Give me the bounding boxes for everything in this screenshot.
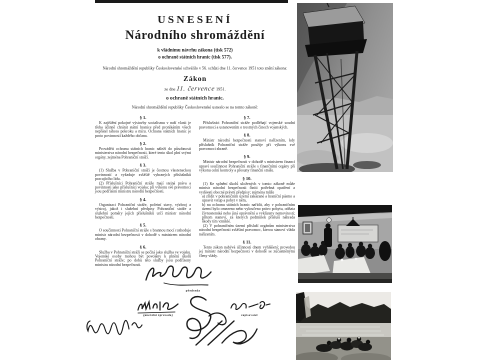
classroom-photo [298,205,392,283]
law-section-2: § 2. Prováděti ochranu státních hranic n… [95,141,191,160]
law-section-8: § 8. Ministr národní bezpečnosti stanoví… [199,133,295,152]
law-heading: Zákon [95,75,295,84]
law-section-5: § 5. O součinnosti Pohraniční stráže s b… [95,223,191,242]
verifier1-signature-ink [85,318,145,336]
section-paragraph: (2) V pohraničním území přísluší orgánům… [199,224,295,237]
section-paragraph: Příslušníci Pohraniční stráže podléhají … [199,121,295,129]
section-number: § 6. [95,244,191,249]
lakeside-photo [296,292,391,360]
signature-verifier-1 [85,318,145,336]
section-paragraph: Ministr národní bezpečnosti stanoví naří… [199,139,295,152]
watchtower-photo [297,3,393,172]
right-column: § 7. Příslušníci Pohraniční stráže podlé… [199,112,295,267]
law-section-10: § 10. (1) Ke splnění úkolů uložených v t… [199,176,295,237]
verifier2-signature-ink [188,317,260,347]
section-number: § 7. [199,115,295,120]
section-paragraph: (1) Ke splnění úkolů uložených v tomto z… [199,182,295,195]
section-paragraph: (2) Příslušníci Pohraniční stráže mají s… [95,181,191,194]
section-paragraph: O součinnosti Pohraniční stráže s branno… [95,229,191,242]
handwritten-date: 11. července [176,85,215,93]
section-number: § 3. [95,163,191,168]
resolution-document: USNESENÍ Národního shromáždění k vládním… [95,6,295,267]
section-paragraph: Ministr národní bezpečnosti v dohodě s m… [199,160,295,173]
section-paragraph: Organisaci Pohraniční stráže, početní st… [95,203,191,220]
document-title: USNESENÍ [95,13,295,26]
section-number: § 9. [199,154,295,159]
law-section-3: § 3. (1) Služba v Pohraniční stráži je č… [95,163,191,194]
chairman-signature-ink [140,262,215,288]
signature-recorder [228,298,271,313]
section-number: § 11. [199,239,295,244]
wall-board [338,225,378,242]
section-number: § 2. [95,141,191,146]
section-number: § 4. [95,197,191,202]
reporter-signature-ink [135,296,181,316]
law-subject: o ochraně státních hranic. [95,96,295,102]
section-item-b: b) na ochranu státních hranic nařídit, a… [199,203,295,224]
law-body-columns: § 1. K zajištění pokojné výstavby social… [95,112,295,267]
signature-block: předseda generální zpravodaj [60,255,300,360]
section-number: § 5. [95,223,191,228]
law-section-1: § 1. K zajištění pokojné výstavby social… [95,115,191,138]
section-number: § 10. [199,176,295,181]
left-column: § 1. K zajištění pokojné výstavby social… [95,112,191,267]
signature-verifier-2 [188,317,260,347]
section-number: § 1. [95,115,191,120]
section-paragraph: Prováděti ochranu státních hranic náleží… [95,147,191,160]
law-section-7: § 7. Příslušníci Pohraniční stráže podlé… [199,115,295,129]
section-number: § 8. [199,133,295,138]
scan-edge-bar [95,0,288,3]
section-paragraph: K zajištění pokojné výstavby socialismu … [95,121,191,138]
subject-line-2: o ochraně státních hranic (tisk 577). [95,54,295,61]
subject-line-1: k vládnímu návrhu zákona (tisk 572) [95,47,295,54]
law-section-9: § 9. Ministr národní bezpečnosti v dohod… [199,154,295,173]
law-date-line: ze dne 11. července 1951. [95,85,295,93]
signature-chairman [140,262,215,288]
date-suffix: 1951. [216,87,226,92]
signature-reporter [135,296,181,316]
law-section-4: § 4. Organisaci Pohraniční stráže, počet… [95,197,191,220]
enacting-clause: Národní shromáždění republiky Českoslove… [95,105,295,110]
section-paragraph: (1) Služba v Pohraniční stráži je čestno… [95,169,191,182]
scanned-document-page: USNESENÍ Národního shromáždění k vládním… [0,0,480,360]
date-prefix: ze dne [164,87,175,92]
recorder-signature-ink [228,298,271,313]
preamble: Národní shromáždění republiky Českoslove… [95,66,295,71]
document-subtitle: Národního shromáždění [95,29,295,43]
subject-lines: k vládnímu návrhu zákona (tisk 572) o oc… [95,47,295,61]
